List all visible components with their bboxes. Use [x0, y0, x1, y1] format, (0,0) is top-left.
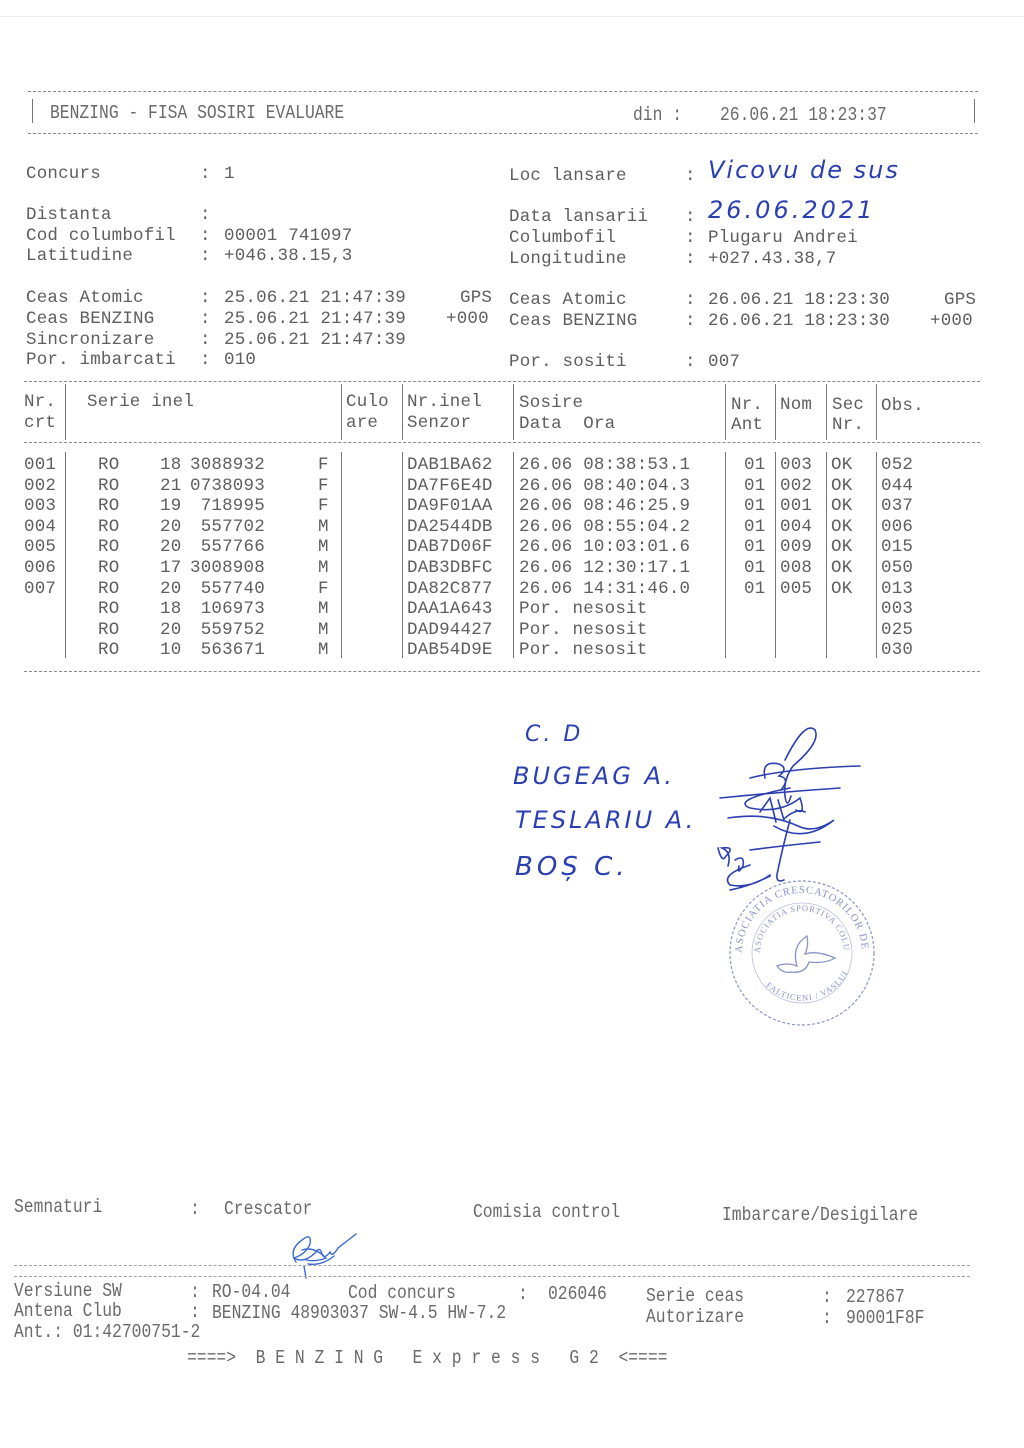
- cell-country: RO: [98, 620, 119, 640]
- table-row: 006RO173008908MDAB3DBFC26.06 12:30:17.10…: [0, 558, 1000, 579]
- cell-year: 20: [160, 517, 181, 537]
- cell-ring-number: 563671: [190, 640, 265, 660]
- antena-club-label: Antena Club: [14, 1300, 122, 1322]
- cell-obs: 015: [881, 537, 913, 557]
- cell-nr-crt: 005: [24, 537, 56, 557]
- data-lansarii-label: Data lansarii: [509, 207, 648, 227]
- table-bottom-rule: [24, 671, 980, 672]
- autorizare-label: Autorizare: [646, 1306, 744, 1328]
- longitudine-value: +027.43.38,7: [708, 249, 836, 269]
- cell-country: RO: [98, 558, 119, 578]
- cell-year: 21: [160, 476, 181, 496]
- cell-arrival: 26.06 12:30:17.1: [519, 558, 690, 578]
- cell-year: 19: [160, 496, 181, 516]
- cell-nom: 008: [780, 558, 812, 578]
- cell-year: 18: [160, 455, 181, 475]
- cell-sensor-ring: DAB54D9E: [407, 640, 493, 660]
- cell-nr-crt: 006: [24, 558, 56, 578]
- ceas-benzing-end-suffix: +000: [930, 311, 973, 331]
- ceas-benzing-end-value: 26.06.21 18:23:30: [708, 311, 890, 331]
- cell-sensor-ring: DA82C877: [407, 579, 493, 599]
- table-row: 001RO183088932FDAB1BA6226.06 08:38:53.10…: [0, 455, 1000, 476]
- cell-obs: 030: [881, 640, 913, 660]
- cell-sex: M: [318, 537, 329, 557]
- table-row: RO10 563671MDAB54D9EPor. nesosit030: [0, 640, 1000, 661]
- sincronizare-value: 25.06.21 21:47:39: [224, 330, 406, 350]
- cell-obs: 050: [881, 558, 913, 578]
- columbofil-label: Columbofil: [509, 228, 616, 248]
- table-row: 003RO19 718995FDA9F01AA26.06 08:46:25.90…: [0, 496, 1000, 517]
- cell-arrival: Por. nesosit: [519, 640, 647, 660]
- cell-country: RO: [98, 476, 119, 496]
- por-imbarcati-label: Por. imbarcati: [26, 350, 176, 370]
- antena-club-value: BENZING 48903037 SW-4.5 HW-7.2: [212, 1302, 506, 1324]
- cell-country: RO: [98, 579, 119, 599]
- signatures-rule-2: [14, 1276, 970, 1277]
- cell-nom: 002: [780, 476, 812, 496]
- cell-country: RO: [98, 537, 119, 557]
- cell-sec-nr: OK: [831, 579, 852, 599]
- latitudine-label: Latitudine: [26, 246, 133, 266]
- cell-obs: 006: [881, 517, 913, 537]
- cell-nom: 005: [780, 579, 812, 599]
- table-top-rule: [24, 381, 980, 382]
- ceas-benzing-end-label: Ceas BENZING: [509, 311, 637, 331]
- header-right-border: [974, 99, 975, 123]
- cell-nom: 004: [780, 517, 812, 537]
- por-sositi-label: Por. sositi: [509, 352, 627, 372]
- cell-ring-number: 3008908: [190, 558, 265, 578]
- sincronizare-label: Sincronizare: [26, 330, 154, 350]
- ceas-atomic-end-value: 26.06.21 18:23:30: [708, 290, 890, 310]
- header-bottom-rule: [28, 133, 978, 134]
- cell-sec-nr: OK: [831, 455, 852, 475]
- signatures-rule-1: [14, 1265, 970, 1266]
- cell-antenna: 01: [744, 517, 765, 537]
- table-row: 007RO20 557740FDA82C87726.06 14:31:46.00…: [0, 579, 1000, 600]
- cell-antenna: 01: [744, 558, 765, 578]
- serie-ceas-label: Serie ceas: [646, 1285, 744, 1307]
- concurs-value: 1: [224, 164, 235, 184]
- cell-nr-crt: 002: [24, 476, 56, 496]
- cell-country: RO: [98, 599, 119, 619]
- cell-obs: 044: [881, 476, 913, 496]
- ceas-atomic-end-label: Ceas Atomic: [509, 290, 627, 310]
- cell-arrival: 26.06 10:03:01.6: [519, 537, 690, 557]
- cell-ring-number: 0738093: [190, 476, 265, 496]
- page-top-edge: [0, 16, 1024, 17]
- concurs-label: Concurs: [26, 164, 101, 184]
- cell-ring-number: 559752: [190, 620, 265, 640]
- latitudine-value: +046.38.15,3: [224, 246, 352, 266]
- cell-obs: 025: [881, 620, 913, 640]
- cell-year: 20: [160, 620, 181, 640]
- cell-nr-crt: 001: [24, 455, 56, 475]
- col-header-serie-inel: Serie inel: [87, 392, 194, 412]
- col-header-sec-2: Nr.: [832, 415, 864, 435]
- table-row: 005RO20 557766MDAB7D06F26.06 10:03:01.60…: [0, 537, 1000, 558]
- cell-sex: F: [318, 476, 329, 496]
- cell-obs: 037: [881, 496, 913, 516]
- cell-antenna: 01: [744, 455, 765, 475]
- serie-ceas-value: 227867: [846, 1286, 905, 1308]
- cell-antenna: 01: [744, 579, 765, 599]
- col-header-sosire-1: Sosire: [519, 393, 583, 413]
- loc-lansare-handwritten-value: Vicovu de sus: [708, 156, 900, 184]
- cell-sex: F: [318, 455, 329, 475]
- association-stamp: ASOCIATIA CRESCATORILOR DE PORUMBEI ASOC…: [722, 878, 882, 1028]
- cell-country: RO: [98, 640, 119, 660]
- commission-line: TESLARIU A.: [515, 806, 696, 834]
- cell-obs: 003: [881, 599, 913, 619]
- cell-ring-number: 3088932: [190, 455, 265, 475]
- stamp-bottom-text: FALTICENI / VASLUI: [764, 969, 850, 1003]
- header-left-border: [32, 99, 33, 123]
- cell-sex: F: [318, 496, 329, 516]
- cell-year: 17: [160, 558, 181, 578]
- cod-concurs-label: Cod concurs: [348, 1282, 456, 1304]
- header-top-rule: [28, 91, 978, 92]
- data-lansarii-handwritten-value: 26.06.2021: [708, 196, 875, 224]
- cell-sec-nr: OK: [831, 517, 852, 537]
- distanta-label: Distanta: [26, 205, 112, 225]
- cell-arrival: 26.06 14:31:46.0: [519, 579, 690, 599]
- versiune-sw-label: Versiune SW: [14, 1280, 122, 1302]
- table-row: 004RO20 557702MDA2544DB26.06 08:55:04.20…: [0, 517, 1000, 538]
- cod-columbofil-label: Cod columbofil: [26, 226, 176, 246]
- versiune-sw-value: RO-04.04: [212, 1281, 290, 1303]
- columbofil-value: Plugaru Andrei: [708, 228, 858, 248]
- col-header-culoare-2: are: [346, 413, 378, 433]
- ceas-benzing-start-value: 25.06.21 21:47:39: [224, 309, 406, 329]
- cell-ring-number: 557766: [190, 537, 265, 557]
- col-header-nr-ant-2: Ant: [731, 415, 763, 435]
- por-imbarcati-value: 010: [224, 350, 256, 370]
- cell-sex: F: [318, 579, 329, 599]
- table-row: 002RO210738093FDA7F6E4D26.06 08:40:04.30…: [0, 476, 1000, 497]
- col-header-nr-crt-2: crt: [24, 413, 56, 433]
- cell-arrival: 26.06 08:46:25.9: [519, 496, 690, 516]
- cell-sensor-ring: DA7F6E4D: [407, 476, 493, 496]
- cell-ring-number: 557740: [190, 579, 265, 599]
- table-row: RO20 559752MDAD94427Por. nesosit025: [0, 620, 1000, 641]
- cell-sensor-ring: DA2544DB: [407, 517, 493, 537]
- cell-country: RO: [98, 517, 119, 537]
- ceas-atomic-start-value: 25.06.21 21:47:39: [224, 288, 406, 308]
- cell-sensor-ring: DA9F01AA: [407, 496, 493, 516]
- col-header-sec-1: Sec: [832, 395, 864, 415]
- crescator-signature: [282, 1226, 362, 1276]
- cell-arrival: Por. nesosit: [519, 599, 647, 619]
- cell-sex: M: [318, 558, 329, 578]
- cell-arrival: 26.06 08:55:04.2: [519, 517, 690, 537]
- cell-sec-nr: OK: [831, 537, 852, 557]
- cell-year: 10: [160, 640, 181, 660]
- cell-sex: M: [318, 517, 329, 537]
- ceas-atomic-start-label: Ceas Atomic: [26, 288, 144, 308]
- cell-sensor-ring: DAB3DBFC: [407, 558, 493, 578]
- ceas-benzing-start-suffix: +000: [446, 309, 489, 329]
- ceas-atomic-start-suffix: GPS: [460, 288, 492, 308]
- table-row: RO18 106973MDAA1A643Por. nesosit003: [0, 599, 1000, 620]
- col-header-nom: Nom: [780, 395, 812, 415]
- header-din-label: din :: [633, 104, 682, 126]
- cell-sex: M: [318, 620, 329, 640]
- signature-scribbles: [690, 720, 890, 900]
- cell-ring-number: 718995: [190, 496, 265, 516]
- cell-sensor-ring: DAA1A643: [407, 599, 493, 619]
- por-sositi-value: 007: [708, 352, 740, 372]
- cod-concurs-value: 026046: [548, 1283, 607, 1305]
- cell-nom: 003: [780, 455, 812, 475]
- cell-sec-nr: OK: [831, 476, 852, 496]
- cell-sex: M: [318, 640, 329, 660]
- cell-nr-crt: 007: [24, 579, 56, 599]
- cell-arrival: 26.06 08:38:53.1: [519, 455, 690, 475]
- col-header-nr-ant-1: Nr.: [731, 395, 763, 415]
- cell-antenna: 01: [744, 537, 765, 557]
- cell-sex: M: [318, 599, 329, 619]
- col-header-culoare-1: Culo: [346, 392, 389, 412]
- commission-line: BOȘ C.: [515, 852, 629, 882]
- cell-arrival: 26.06 08:40:04.3: [519, 476, 690, 496]
- col-header-obs: Obs.: [881, 396, 924, 416]
- cell-sec-nr: OK: [831, 558, 852, 578]
- brand-line: ====> B E N Z I N G E x p r e s s G 2 <=…: [187, 1347, 667, 1369]
- cell-country: RO: [98, 496, 119, 516]
- commission-line: BUGEAG A.: [513, 762, 675, 790]
- cell-year: 20: [160, 579, 181, 599]
- col-header-nr-crt-1: Nr.: [24, 392, 56, 412]
- antenna-id: Ant.: 01:42700751-2: [14, 1321, 200, 1343]
- cell-country: RO: [98, 455, 119, 475]
- cell-nom: 001: [780, 496, 812, 516]
- cell-antenna: 01: [744, 496, 765, 516]
- cell-ring-number: 557702: [190, 517, 265, 537]
- signatures-label: Semnaturi: [14, 1196, 102, 1218]
- cod-columbofil-value: 00001 741097: [224, 226, 352, 246]
- signature-crescator-label: Crescator: [224, 1198, 312, 1220]
- cell-obs: 052: [881, 455, 913, 475]
- header-din-value: 26.06.21 18:23:37: [720, 104, 887, 126]
- commission-line: C. D: [525, 722, 583, 747]
- cell-arrival: Por. nesosit: [519, 620, 647, 640]
- cell-sensor-ring: DAB7D06F: [407, 537, 493, 557]
- cell-ring-number: 106973: [190, 599, 265, 619]
- col-header-nr-inel-1: Nr.inel: [407, 392, 482, 412]
- cell-antenna: 01: [744, 476, 765, 496]
- signature-comisia-label: Comisia control: [473, 1201, 620, 1223]
- table-header-rule: [24, 442, 980, 443]
- longitudine-label: Longitudine: [509, 249, 627, 269]
- ceas-atomic-end-suffix: GPS: [944, 290, 976, 310]
- cell-sec-nr: OK: [831, 496, 852, 516]
- cell-year: 18: [160, 599, 181, 619]
- cell-nr-crt: 004: [24, 517, 56, 537]
- cell-year: 20: [160, 537, 181, 557]
- cell-sensor-ring: DAB1BA62: [407, 455, 493, 475]
- col-header-sosire-2: Data Ora: [519, 414, 615, 434]
- col-header-nr-inel-2: Senzor: [407, 413, 471, 433]
- cell-obs: 013: [881, 579, 913, 599]
- svg-text:FALTICENI / VASLUI: FALTICENI / VASLUI: [764, 969, 850, 1003]
- signature-imbarcare-label: Imbarcare/Desigilare: [722, 1204, 918, 1226]
- ceas-benzing-start-label: Ceas BENZING: [26, 309, 154, 329]
- document-title: BENZING - FISA SOSIRI EVALUARE: [50, 102, 344, 124]
- cell-nom: 009: [780, 537, 812, 557]
- autorizare-value: 90001F8F: [846, 1307, 924, 1329]
- loc-lansare-label: Loc lansare: [509, 166, 627, 186]
- cell-sensor-ring: DAD94427: [407, 620, 493, 640]
- cell-nr-crt: 003: [24, 496, 56, 516]
